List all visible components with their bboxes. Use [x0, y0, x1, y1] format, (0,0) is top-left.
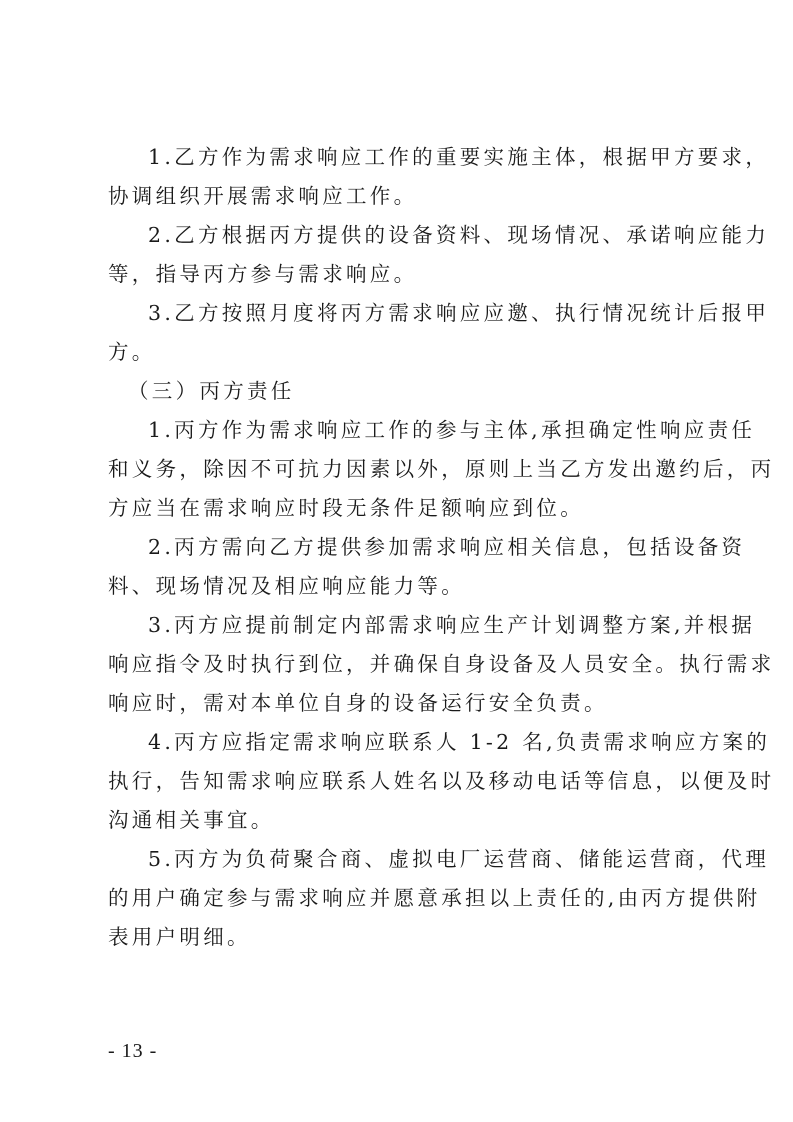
paragraph-c5-line2: 的用户确定参与需求响应并愿意承担以上责任的,由丙方提供附	[108, 879, 760, 918]
paragraph-c3-line2: 响应指令及时执行到位，并确保自身设备及人员安全。执行需求	[108, 645, 774, 684]
paragraph-c1-line2: 和义务，除因不可抗力因素以外，原则上当乙方发出邀约后，丙	[108, 450, 774, 489]
section-heading: （三）丙方责任	[128, 372, 295, 411]
paragraph-c1-line1: 1.丙方作为需求响应工作的参与主体,承担确定性响应责任	[148, 411, 755, 450]
page-number: - 13 -	[108, 1040, 157, 1063]
paragraph-c3-line1: 3.丙方应提前制定内部需求响应生产计划调整方案,并根据	[148, 606, 755, 645]
paragraph-c4-line1: 4.丙方应指定需求响应联系人 1-2 名,负责需求响应方案的	[148, 723, 770, 762]
paragraph-c1-line3: 方应当在需求响应时段无条件足额响应到位。	[108, 489, 584, 528]
paragraph-c5-line1: 5.丙方为负荷聚合商、虚拟电厂运营商、储能运营商，代理	[148, 840, 769, 879]
paragraph-c2-line2: 料、现场情况及相应响应能力等。	[108, 567, 465, 606]
paragraph-c3-line3: 响应时，需对本单位自身的设备运行安全负责。	[108, 684, 608, 723]
paragraph-c4-line2: 执行，告知需求响应联系人姓名以及移动电话等信息，以便及时	[108, 762, 774, 801]
paragraph-b1-line2: 协调组织开展需求响应工作。	[108, 177, 417, 216]
paragraph-c5-line3: 表用户明细。	[108, 918, 251, 957]
paragraph-b1-line1: 1.乙方作为需求响应工作的重要实施主体，根据甲方要求，	[148, 138, 769, 177]
paragraph-b2-line1: 2.乙方根据丙方提供的设备资料、现场情况、承诺响应能力	[148, 216, 769, 255]
paragraph-c4-line3: 沟通相关事宜。	[108, 801, 275, 840]
paragraph-c2-line1: 2.丙方需向乙方提供参加需求响应相关信息，包括设备资	[148, 528, 745, 567]
paragraph-b3-line1: 3.乙方按照月度将丙方需求响应应邀、执行情况统计后报甲	[148, 294, 769, 333]
paragraph-b3-line2: 方。	[108, 333, 156, 372]
paragraph-b2-line2: 等，指导丙方参与需求响应。	[108, 255, 417, 294]
